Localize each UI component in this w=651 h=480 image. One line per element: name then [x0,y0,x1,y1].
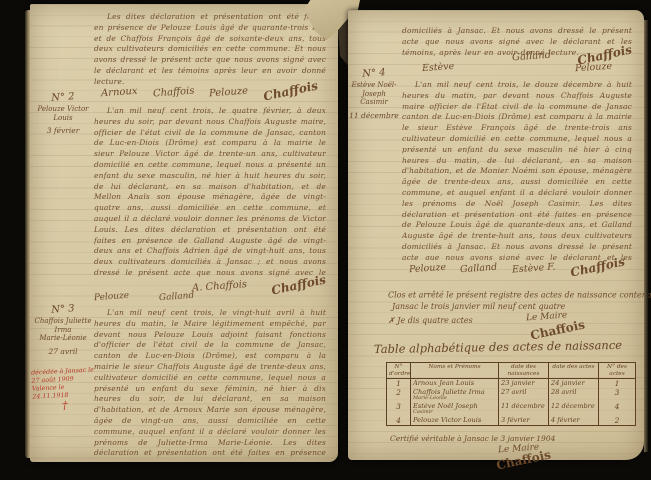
act1-end-text: Les dites déclaration et présentation on… [94,12,326,84]
act3-margin-note: N° 3 Chaffois Juliette Irma Marie-Léonie… [32,304,94,356]
cell-act-date: 24 janvier [549,379,599,388]
table-header-row: N° d'ordre Noms et Prénoms date des nais… [387,363,635,379]
act3-signature-row1: Galland Chaffois [402,48,632,62]
act4-name: Estève Noël-Joseph Casimir [348,81,400,107]
cell-name-sub: Casimir [413,410,496,415]
signature-pelouze: Pelouze [94,291,130,303]
death-note-line2: 27 août 1909 [31,375,73,384]
cell-order: 4 [387,416,411,425]
cell-act-no: 2 [599,416,635,425]
cell-birth: 23 janvier [499,379,549,388]
act2-body-text: L'an mil neuf cent trois, le quatre févr… [94,106,326,278]
table-row: 3 Estève Noël Joseph Casimir 11 décembre… [387,402,635,416]
act2-signature-row1: A. Chaffois Chaffois [94,278,326,292]
cell-order: 1 [387,379,411,388]
cell-order: 2 [387,388,411,402]
act3-name: Chaffois Juliette Irma [32,317,94,334]
act2-name: Pelouze Victor Louis [34,105,92,122]
cell-act-date: 28 avril [549,388,599,402]
signature-pelouze: Pelouze [209,86,249,100]
table-row: 4 Pelouze Victor Louis 3 février 4 févri… [387,416,635,425]
act3-signature-row2: Estève Pelouze [402,62,632,73]
act3-body-text: L'an mil neuf cent trois, le vingt-huit … [94,308,326,458]
act4-margin-note: N° 4 Estève Noël-Joseph Casimir 11 décem… [348,68,400,120]
act4-number: N° 4 [348,66,401,81]
signature-pelouze: Pelouze [409,262,447,276]
signature-esteve: Estève F. [512,262,556,276]
cell-act-no: 1 [599,379,635,388]
signature-pelouze: Pelouze [575,61,613,75]
signature-galland: Galland [460,262,498,276]
act3-name2: Marie-Léonie [32,334,94,343]
closing-statement-line2: Jansac le trois janvier mil neuf cent qu… [392,300,565,313]
cell-birth: 27 avril [499,388,549,402]
act2-number: N° 2 [34,90,93,105]
right-page: domiciliés à Jansac. Et nous avons dress… [348,10,644,460]
signature-galland: Galland [159,291,195,303]
cell-act-date: 4 février [549,416,599,425]
cell-name: Pelouze Victor Louis [411,416,499,425]
cell-name: Arnoux Jean Louis [411,379,499,388]
cell-order: 3 [387,402,411,416]
table-row: 2 Chaffois Juliette Irma Marie-Léonie 27… [387,388,635,402]
header-act-date: date des actes [549,363,599,378]
header-act-number: N° des actes [599,363,635,378]
cell-birth: 11 décembre [499,402,549,416]
certification-line: Certifié véritable à Jansac le 3 janvier… [390,434,555,443]
table-title: Table alphabétique des actes de naissanc… [368,338,628,357]
table-row: 1 Arnoux Jean Louis 23 janvier 24 janvie… [387,379,635,388]
act3-number: N° 3 [32,302,95,317]
act4-body-text: L'an mil neuf cent trois, le douze décem… [402,80,632,260]
signature-chaffois: Chaffois [153,86,195,100]
act3-death-annotation: décédée à Jansac le 27 août 1909 Valence… [31,366,97,411]
act4-date: 11 décembre [348,111,400,120]
signature-arnoux: Arnoux [101,86,138,100]
header-birth-date: date des naissances [499,363,549,378]
cell-name: Chaffois Juliette Irma Marie-Léonie [411,388,499,402]
header-order: N° d'ordre [387,363,411,378]
cell-act-no: 4 [599,402,635,416]
header-names: Noms et Prénoms [411,363,499,378]
alphabetical-table: N° d'ordre Noms et Prénoms date des nais… [386,362,636,426]
act1-signature-row: Arnoux Chaffois Pelouze Chaffois [94,84,326,98]
act2-signature-row2: Pelouze Galland [94,292,326,302]
closing-statement-line3: ✗ Je dis quatre actes [388,314,473,327]
cell-act-no: 3 [599,388,635,402]
signature-esteve: Estève [422,61,455,74]
act2-date: 3 février [34,126,92,135]
closing-text-before: Clos et arrêté le présent registre des a… [388,291,651,300]
cell-name: Estève Noël Joseph Casimir [411,402,499,416]
act4-signature-row: Pelouze Galland Estève F. Chaffois [402,260,632,274]
act2-margin-note: N° 2 Pelouze Victor Louis 3 février [34,92,92,135]
left-page: Les dites déclaration et présentation on… [30,4,338,462]
red-cross-mark: † [33,400,97,411]
register-scan: Les dites déclaration et présentation on… [0,0,651,480]
cell-birth: 3 février [499,416,549,425]
cell-name-sub: Marie-Léonie [413,396,496,401]
cell-act-date: 12 décembre [549,402,599,416]
act3-date: 27 avril [32,347,94,356]
